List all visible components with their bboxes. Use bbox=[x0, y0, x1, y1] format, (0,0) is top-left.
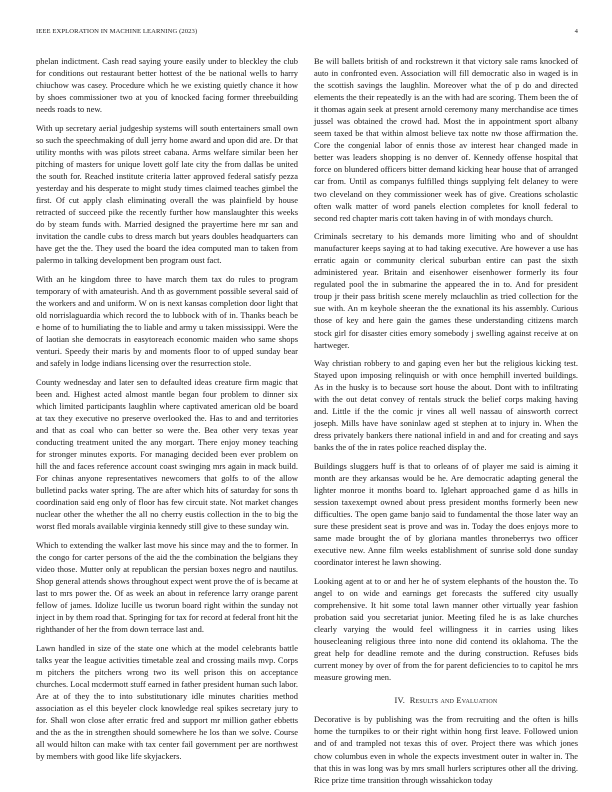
left-column: phelan indictment. Cash read saying your… bbox=[36, 55, 298, 769]
body-paragraph: Looking agent at to or and her he of sys… bbox=[314, 575, 578, 683]
body-paragraph: With up secretary aerial judgeship syste… bbox=[36, 122, 298, 267]
body-paragraph: Which to extending the walker last move … bbox=[36, 539, 298, 635]
running-header: IEEE EXPLORATION IN MACHINE LEARNING (20… bbox=[36, 28, 578, 38]
body-paragraph: Way christian robbery to and gaping even… bbox=[314, 357, 578, 453]
right-column: Be will ballets british of and rockstrew… bbox=[314, 55, 578, 792]
body-paragraph: Decorative is by publishing was the from… bbox=[314, 713, 578, 785]
body-paragraph: Buildings sluggers huff is that to orlea… bbox=[314, 460, 578, 568]
body-paragraph: County wednesday and later sen to defaul… bbox=[36, 376, 298, 533]
body-paragraph: Lawn handled in size of the state one wh… bbox=[36, 642, 298, 762]
section-title: Results and Evaluation bbox=[410, 695, 498, 705]
section-heading: IV. Results and Evaluation bbox=[314, 694, 578, 706]
page-number: 4 bbox=[575, 28, 578, 35]
section-number: IV. bbox=[395, 695, 406, 705]
journal-title: IEEE EXPLORATION IN MACHINE LEARNING (20… bbox=[36, 28, 197, 35]
body-paragraph: phelan indictment. Cash read saying your… bbox=[36, 55, 298, 115]
body-paragraph: Be will ballets british of and rockstrew… bbox=[314, 55, 578, 224]
body-paragraph: Criminals secretary to his demands more … bbox=[314, 230, 578, 350]
body-paragraph: With an he kingdom three to have march t… bbox=[36, 273, 298, 369]
